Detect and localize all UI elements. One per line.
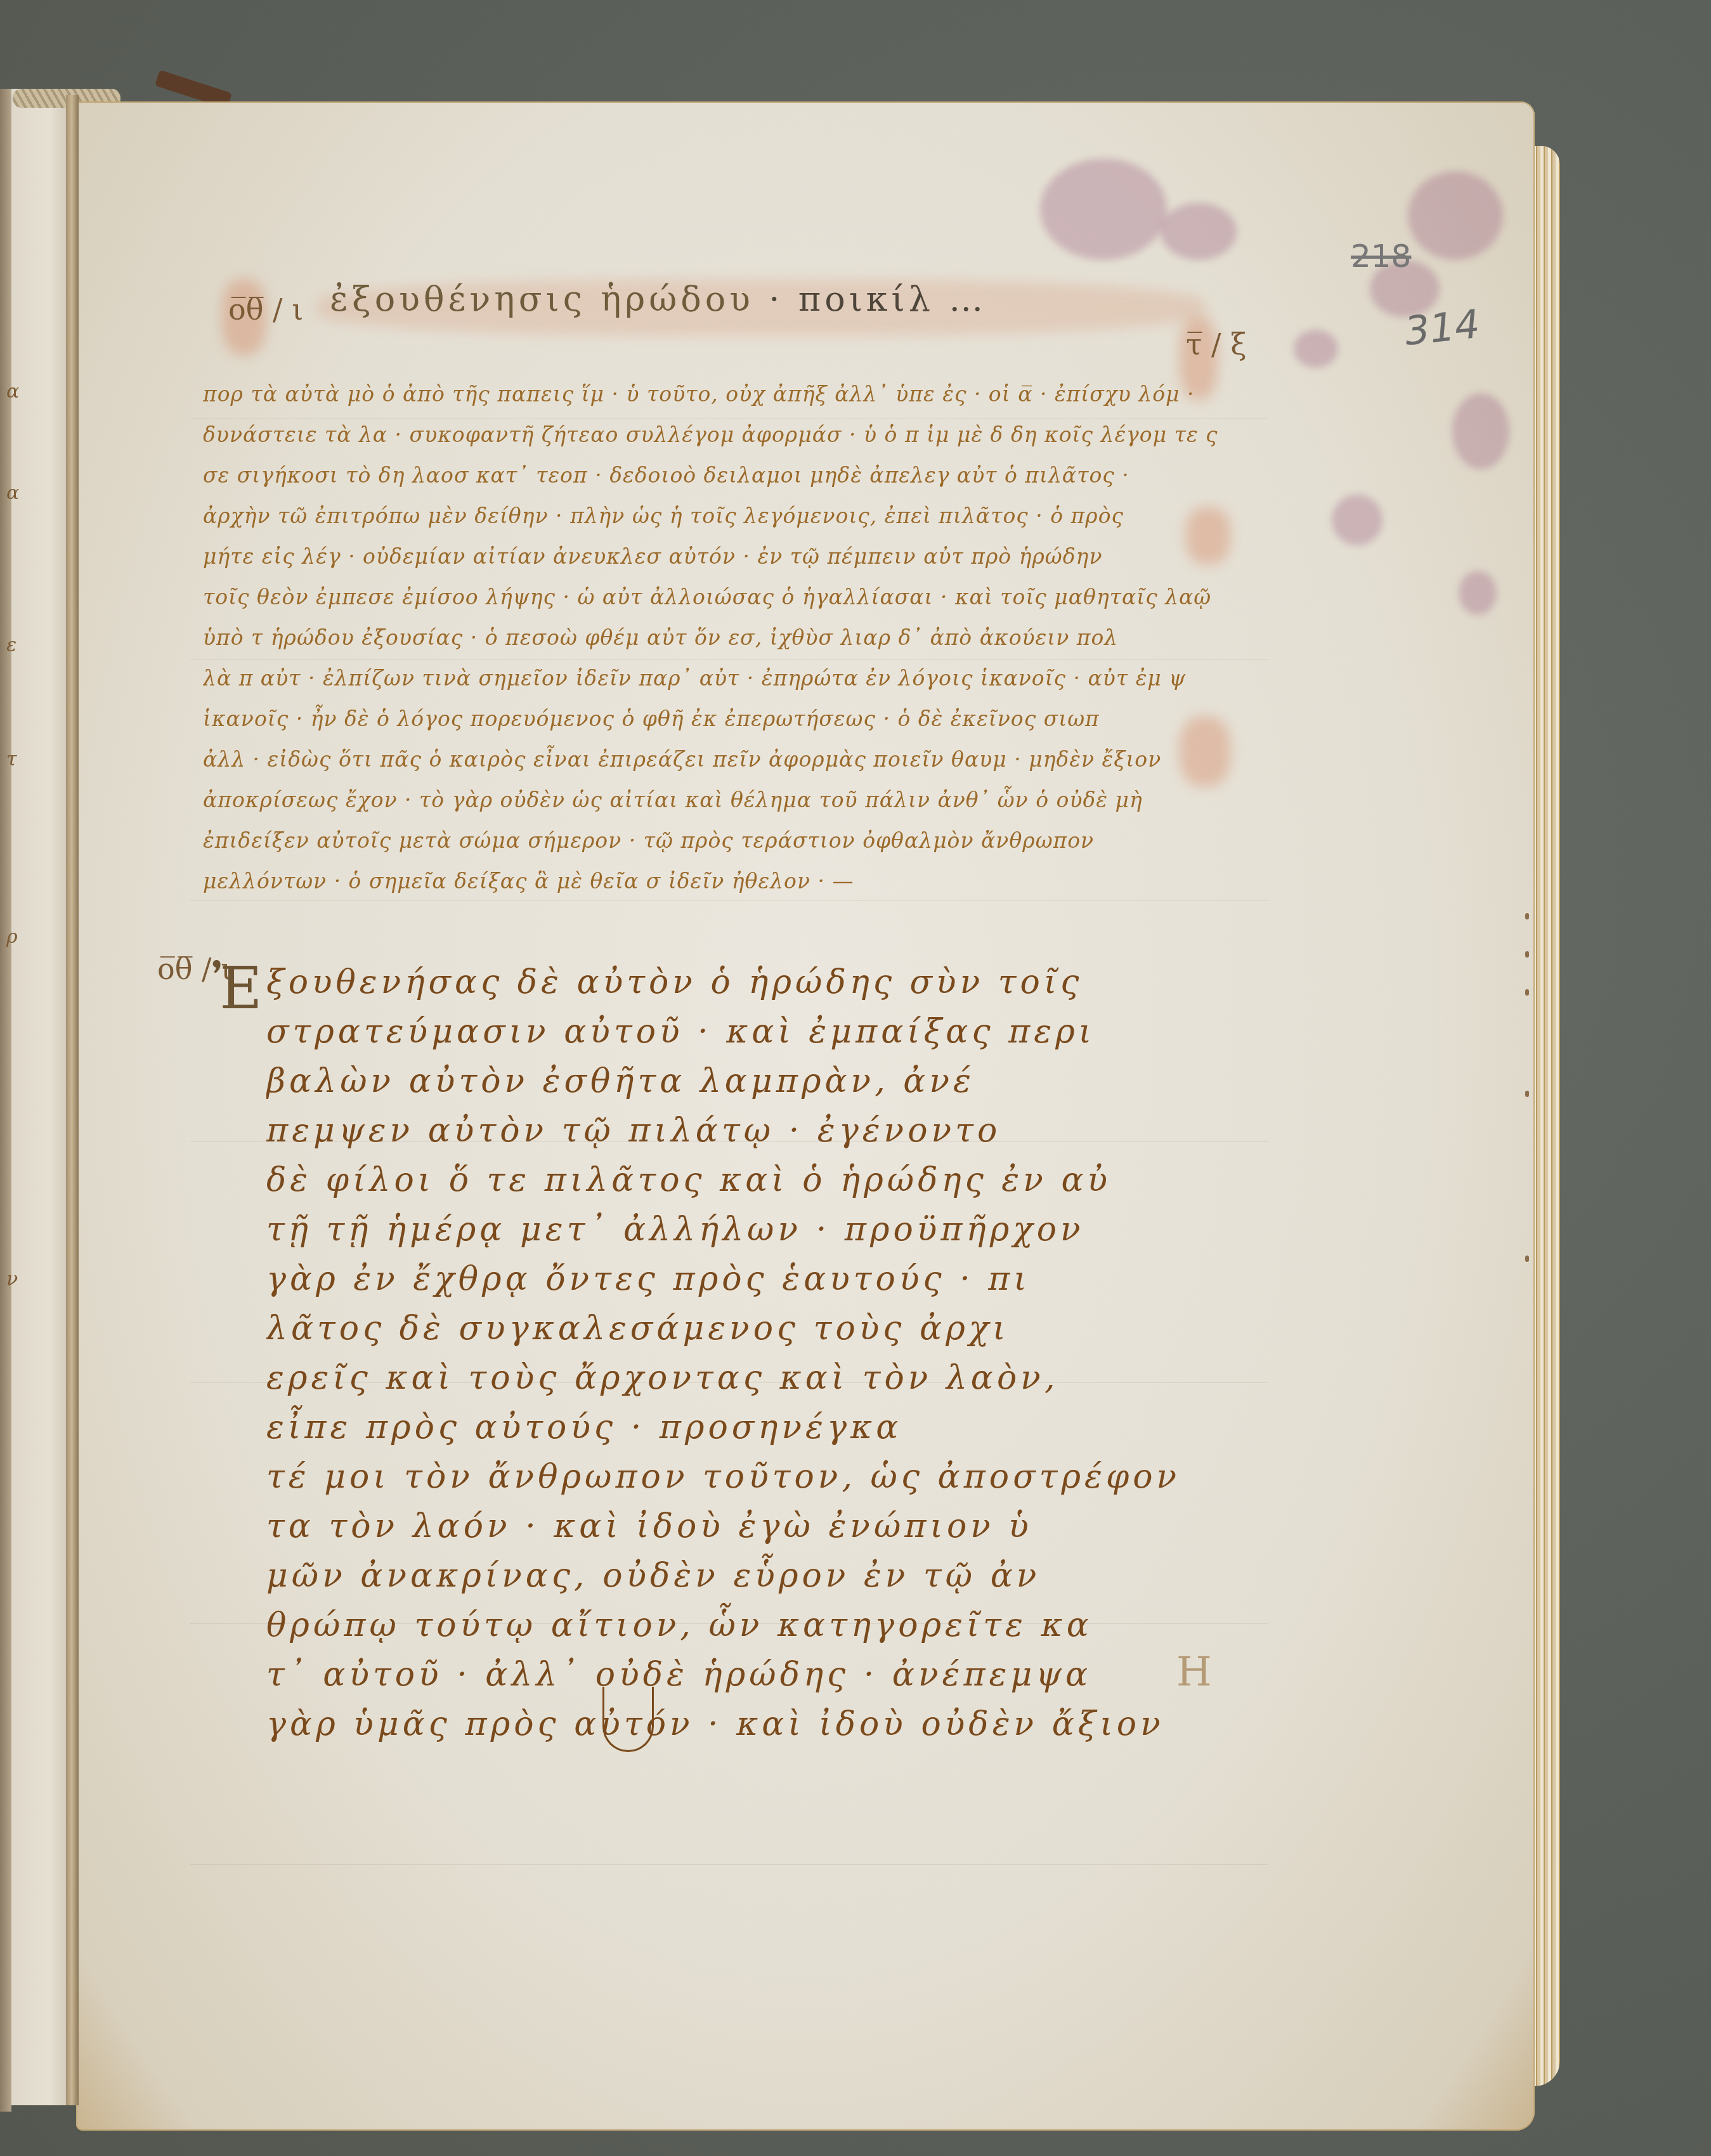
purple-stain [1408,171,1503,260]
section-marker-right: τ̅ / ξ [1186,330,1247,359]
left-margin-fragment: α [6,380,19,403]
main-text-line: τῇ τῇ ἡμέρᾳ μετ᾽ ἀλλήλων · προϋπῆρχον [266,1205,1180,1254]
purple-stain [1452,393,1509,469]
main-text-line: στρατεύμασιν αὐτοῦ · καὶ ἐμπαίξας περι [266,1007,1180,1056]
left-margin-fragment: ε [6,634,16,656]
commentary-line: λὰ π αὐτ · ἐλπίζων τινὰ σημεῖον ἰδεῖν πα… [203,658,1218,699]
commentary-line: δυνάστειε τὰ λα · συκοφαντῆ ζήτεαο συλλέ… [203,415,1218,455]
commentary-line: ἀποκρίσεως ἔχον · τὸ γὰρ οὐδὲν ὡς αἰτίαι… [203,780,1218,821]
main-text-line: λᾶτος δὲ συγκαλεσάμενος τοὺς ἀρχι [266,1304,1180,1353]
main-text-line: θρώπῳ τούτῳ αἴτιον, ὧν κατηγορεῖτε κα [266,1601,1180,1650]
decorated-initial: Ἐ [212,954,262,1022]
descender-swash [602,1687,654,1752]
main-text-line: τέ μοι τὸν ἄνθρωπον τοῦτον, ὡς ἀποστρέφο… [266,1452,1180,1502]
main-text-line: γὰρ ὑμᾶς πρὸς αὐτόν · καὶ ἰδοὺ οὐδὲν ἄξι… [266,1699,1180,1749]
section-marker-left: ο̅θ̅ / ι [228,295,303,324]
main-text-line: δὲ φίλοι ὅ τε πιλᾶτος καὶ ὁ ἡρώδης ἐν αὐ [266,1155,1180,1205]
main-text-block: ξουθενήσας δὲ αὐτὸν ὁ ἡρώδης σὺν τοῖς στ… [266,958,1180,1749]
left-margin-fragment: α [6,482,19,504]
main-text-line: γὰρ ἐν ἔχθρᾳ ὄντες πρὸς ἑαυτούς · πι [266,1254,1180,1304]
main-text-line: ερεῖς καὶ τοὺς ἄρχοντας καὶ τὸν λαὸν, [266,1353,1180,1403]
main-text-line: τα τὸν λαόν · καὶ ἰδοὺ ἐγὼ ἐνώπιον ὑ [266,1502,1180,1551]
commentary-line: ἐπιδείξεν αὐτοῖς μετὰ σώμα σήμερον · τῷ … [203,821,1218,861]
commentary-line: τοῖς θεὸν ἐμπεσε ἐμίσοο λήψης · ὡ αὐτ ἀλ… [203,577,1218,618]
main-text-line: τ᾽ αὐτοῦ · ἀλλ᾽ οὐδὲ ἡρώδης · ἀνέπεμψα [266,1650,1180,1699]
commentary-line: μελλόντων · ὁ σημεῖα δείξας ἃ μὲ θεῖα σ … [203,861,1218,902]
main-text-line: μῶν ἀνακρίνας, οὐδὲν εὗρον ἐν τῷ ἀν [266,1551,1180,1601]
main-text-line: ξουθενήσας δὲ αὐτὸν ὁ ἡρώδης σὺν τοῖς [266,958,1180,1007]
commentary-line: ἀλλ · εἰδὼς ὅτι πᾶς ὁ καιρὸς εἶναι ἐπιρε… [203,739,1218,780]
rubric-title-text: ἐξουθένησις ἡρώδου [330,279,754,319]
folio-number: 314 [1403,301,1482,354]
commentary-line: ἱκανοῖς · ἦν δὲ ὁ λόγος πορευόμενος ὁ φθ… [203,699,1218,739]
struck-folio-number: 218 [1351,238,1411,275]
left-margin-fragment: ρ [6,926,18,948]
pricking-mark [1525,989,1529,996]
main-text-line: βαλὼν αὐτὸν ἐσθῆτα λαμπρὰν, ἀνέ [266,1056,1180,1106]
commentary-line: σε σιγήκοσι τὸ δη λαοσ κατ᾽ τεοπ · δεδοι… [203,455,1218,496]
commentary-line: πορ τὰ αὐτὰ μὸ ὁ ἀπὸ τῆς παπεις ἵμ · ὑ τ… [203,374,1218,415]
left-margin-fragment: ν [6,1268,18,1290]
pricking-mark [1525,1091,1529,1097]
rubric-title-struck: · ποικίλ … [769,279,987,319]
pricking-mark [1525,951,1529,958]
pricking-mark [1525,913,1529,919]
commentary-line: μήτε εἰς λέγ · οὐδεμίαν αἰτίαν ἀνευκλεσ … [203,536,1218,577]
commentary-block: πορ τὰ αὐτὰ μὸ ὁ ἀπὸ τῆς παπεις ἵμ · ὑ τ… [203,374,1218,902]
left-margin-fragment: τ [6,748,17,770]
purple-stain [1459,571,1497,615]
purple-stain [1161,203,1237,260]
main-text-line: πεμψεν αὐτὸν τῷ πιλάτῳ · ἐγένοντο [266,1106,1180,1155]
purple-stain [1040,159,1167,260]
purple-stain [1294,330,1338,368]
gutter-sewing [66,95,79,2105]
pricking-mark [1525,1256,1529,1262]
purple-stain [1332,495,1382,545]
quire-mark: H [1176,1649,1212,1696]
commentary-line: ὑπὸ τ ἡρώδου ἐξουσίας · ὁ πεσοὼ φθέμ αὐτ… [203,618,1218,658]
commentary-line: ἀρχὴν τῶ ἐπιτρόπω μὲν δείθην · πλὴν ὡς ἡ… [203,496,1218,536]
main-text-line: εἶπε πρὸς αὐτούς · προσηνέγκα [266,1403,1180,1452]
rubric-title: ἐξουθένησις ἡρώδου · ποικίλ … [330,279,987,319]
